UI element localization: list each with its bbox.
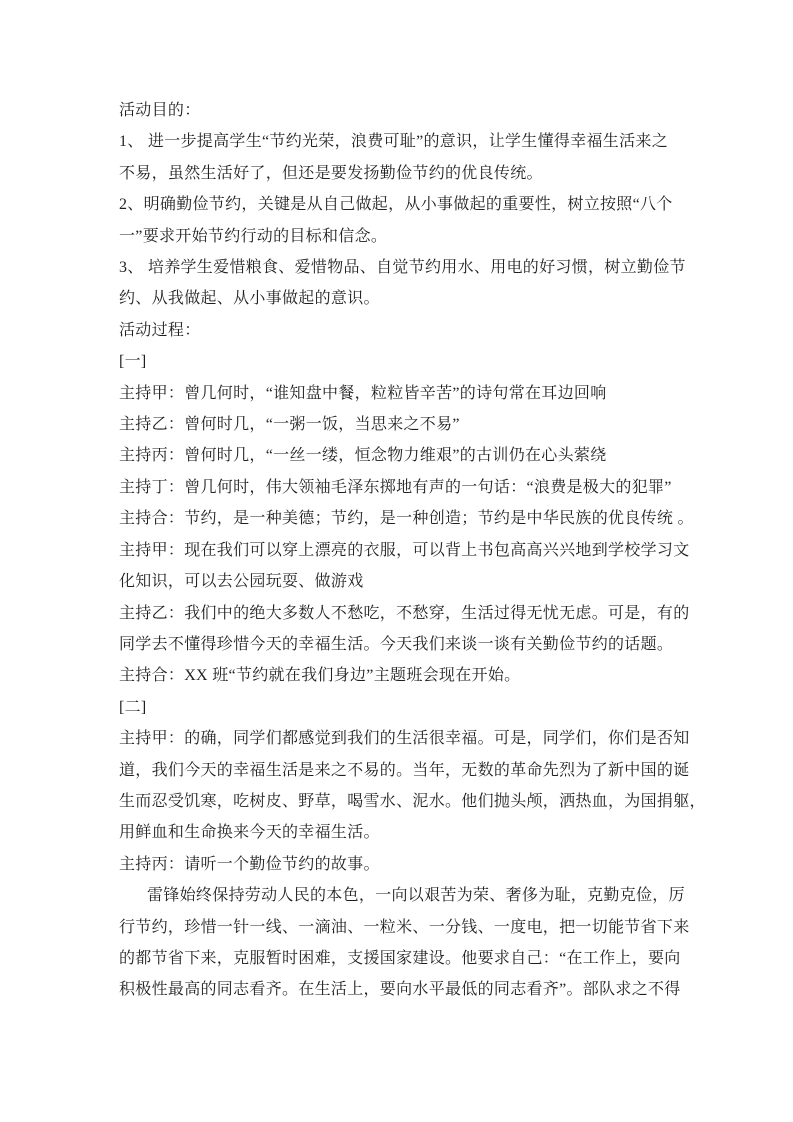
document-page: 活动目的：1、 进一步提高学生“节约光荣，浪费可耻”的意识，让学生懂得幸福生活来…: [0, 0, 793, 1122]
text-line: 约、从我做起、从小事做起的意识。: [119, 283, 679, 314]
text-line: 用鲜血和生命换来今天的幸福生活。: [119, 817, 679, 848]
text-line: 主持乙：我们中的绝大多数人不愁吃，不愁穿，生活过得无忧无虑。可是，有的: [119, 598, 679, 629]
text-line: 行节约，珍惜一针一线、一滴油、一粒米、一分钱、一度电，把一切能节省下来: [119, 912, 679, 943]
text-line: 1、 进一步提高学生“节约光荣，浪费可耻”的意识，让学生懂得幸福生活来之: [119, 126, 679, 157]
text-line: 同学去不懂得珍惜今天的幸福生活。今天我们来谈一谈有关勤俭节约的话题。: [119, 629, 679, 660]
text-line: 主持甲：现在我们可以穿上漂亮的衣服，可以背上书包高高兴兴地到学校学习文: [119, 535, 679, 566]
text-line: 生而忍受饥寒，吃树皮、野草，喝雪水、泥水。他们抛头颅，洒热血，为国捐躯，: [119, 786, 679, 817]
text-line: 化知识，可以去公园玩耍、做游戏: [119, 566, 679, 597]
text-line: 2、明确勤俭节约，关键是从自己做起，从小事做起的重要性，树立按照“八个: [119, 189, 679, 220]
text-line: 雷锋始终保持劳动人民的本色，一向以艰苦为荣、奢侈为耻，克勤克俭，厉: [119, 880, 679, 911]
text-line: 活动目的：: [119, 95, 679, 126]
text-line: 道，我们今天的幸福生活是来之不易的。当年，无数的革命先烈为了新中国的诞: [119, 755, 679, 786]
text-line: 主持丙：曾何时几，“一丝一缕，恒念物力维艰”的古训仍在心头萦绕: [119, 440, 679, 471]
text-line: 主持乙：曾何时几，“一粥一饭，当思来之不易”: [119, 409, 679, 440]
text-line: 一”要求开始节约行动的目标和信念。: [119, 221, 679, 252]
text-line: [二]: [119, 692, 679, 723]
text-line: 主持丙：请听一个勤俭节约的故事。: [119, 849, 679, 880]
text-line: 主持合：XX 班“节约就在我们身边”主题班会现在开始。: [119, 660, 679, 691]
text-line: 活动过程：: [119, 315, 679, 346]
text-line: [一]: [119, 346, 679, 377]
text-line: 主持丁：曾几何时，伟大领袖毛泽东掷地有声的一句话：“浪费是极大的犯罪”: [119, 472, 679, 503]
text-line: 3、 培养学生爱惜粮食、爱惜物品、自觉节约用水、用电的好习惯，树立勤俭节: [119, 252, 679, 283]
text-line: 不易，虽然生活好了，但还是要发扬勤俭节约的优良传统。: [119, 158, 679, 189]
text-line: 主持甲：曾几何时，“谁知盘中餐，粒粒皆辛苦”的诗句常在耳边回响: [119, 378, 679, 409]
text-line: 主持合：节约，是一种美德；节约，是一种创造；节约是中华民族的优良传统 。: [119, 503, 679, 534]
document-body: 活动目的：1、 进一步提高学生“节约光荣，浪费可耻”的意识，让学生懂得幸福生活来…: [119, 95, 679, 1006]
text-line: 主持甲：的确，同学们都感觉到我们的生活很幸福。可是，同学们，你们是否知: [119, 723, 679, 754]
text-line: 积极性最高的同志看齐。在生活上，要向水平最低的同志看齐”。部队求之不得: [119, 974, 679, 1005]
text-line: 的都节省下来，克服暂时困难，支援国家建设。他要求自己：“在工作上，要向: [119, 943, 679, 974]
